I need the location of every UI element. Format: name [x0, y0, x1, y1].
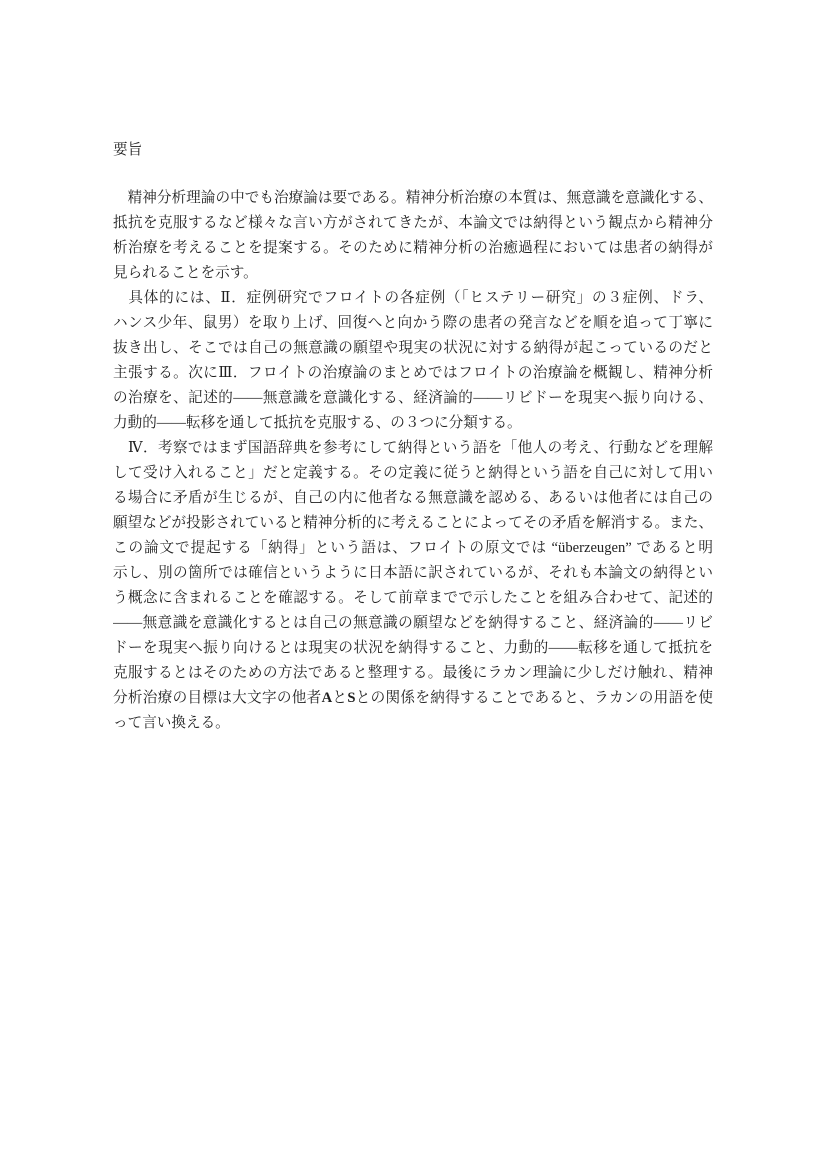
- text-line: この論文で提起する「納得」という語は、フロイトの原文では “überzeugen…: [113, 536, 713, 561]
- text-line: 願望などが投影されていると精神分析的に考えることによってその矛盾を解消する。また…: [113, 511, 713, 536]
- big-other-A: A: [322, 690, 333, 706]
- text-line: ハンス少年、鼠男）を取り上げ、回復へと向かう際の患者の発言などを順を追って丁寧に: [113, 311, 713, 336]
- text-line: 析治療を考えることを提案する。そのために精神分析の治癒過程においては患者の納得が: [113, 236, 713, 261]
- text-line: ——無意識を意識化するとは自己の無意識の願望などを納得すること、経済論的——リビ: [113, 611, 713, 636]
- text-line: 力動的——転移を通して抵抗を克服する、の３つに分類する。: [113, 411, 713, 436]
- text-line: の治療を、記述的——無意識を意識化する、経済論的——リビドーを現実へ振り向ける、: [113, 386, 713, 411]
- text-line: 主張する。次にⅢ．フロイトの治療論のまとめではフロイトの治療論を概観し、精神分析: [113, 361, 713, 386]
- text-line: って言い換える。: [113, 711, 713, 736]
- document-page: 要旨 精神分析理論の中でも治療論は要である。精神分析治療の本質は、無意識を意識化…: [0, 0, 826, 1169]
- text-line: 精神分析理論の中でも治療論は要である。精神分析治療の本質は、無意識を意識化する、: [113, 186, 713, 211]
- text-line: 具体的には、Ⅱ．症例研究でフロイトの各症例（「ヒステリー研究」の３症例、ドラ、: [113, 286, 713, 311]
- text-line: Ⅳ．考察ではまず国語辞典を参考にして納得という語を「他人の考え、行動などを理解: [113, 436, 713, 461]
- text-line: ドーを現実へ振り向けるとは現実の状況を納得すること、力動的——転移を通して抵抗を: [113, 636, 713, 661]
- abstract-title: 要旨: [113, 138, 142, 163]
- text-line: 示し、別の箇所では確信というように日本語に訳されているが、それも本論文の納得とい: [113, 561, 713, 586]
- abstract-body: 精神分析理論の中でも治療論は要である。精神分析治療の本質は、無意識を意識化する、…: [113, 186, 713, 736]
- text-line: 抵抗を克服するなど様々な言い方がされてきたが、本論文では納得という観点から精神分: [113, 211, 713, 236]
- paragraph: Ⅳ．考察ではまず国語辞典を参考にして納得という語を「他人の考え、行動などを理解し…: [113, 436, 713, 736]
- text-line: 抜き出し、そこでは自己の無意識の願望や現実の状況に対する納得が起こっているのだと: [113, 336, 713, 361]
- text-line: して受け入れること」だと定義する。その定義に従うと納得という語を自己に対して用い: [113, 461, 713, 486]
- text-line: る場合に矛盾が生じるが、自己の内に他者なる無意識を認める、あるいは他者には自己の: [113, 486, 713, 511]
- paragraph: 精神分析理論の中でも治療論は要である。精神分析治療の本質は、無意識を意識化する、…: [113, 186, 713, 286]
- paragraph: 具体的には、Ⅱ．症例研究でフロイトの各症例（「ヒステリー研究」の３症例、ドラ、ハ…: [113, 286, 713, 436]
- text-line: 克服するとはそのための方法であると整理する。最後にラカン理論に少しだけ触れ、精神: [113, 661, 713, 686]
- symbol-S: S: [347, 690, 355, 706]
- text-line: う概念に含まれることを確認する。そして前章までで示したことを組み合わせて、記述的: [113, 586, 713, 611]
- text-line: 分析治療の目標は大文字の他者AとSとの関係を納得することであると、ラカンの用語を…: [113, 686, 713, 711]
- text-line: 見られることを示す。: [113, 261, 713, 286]
